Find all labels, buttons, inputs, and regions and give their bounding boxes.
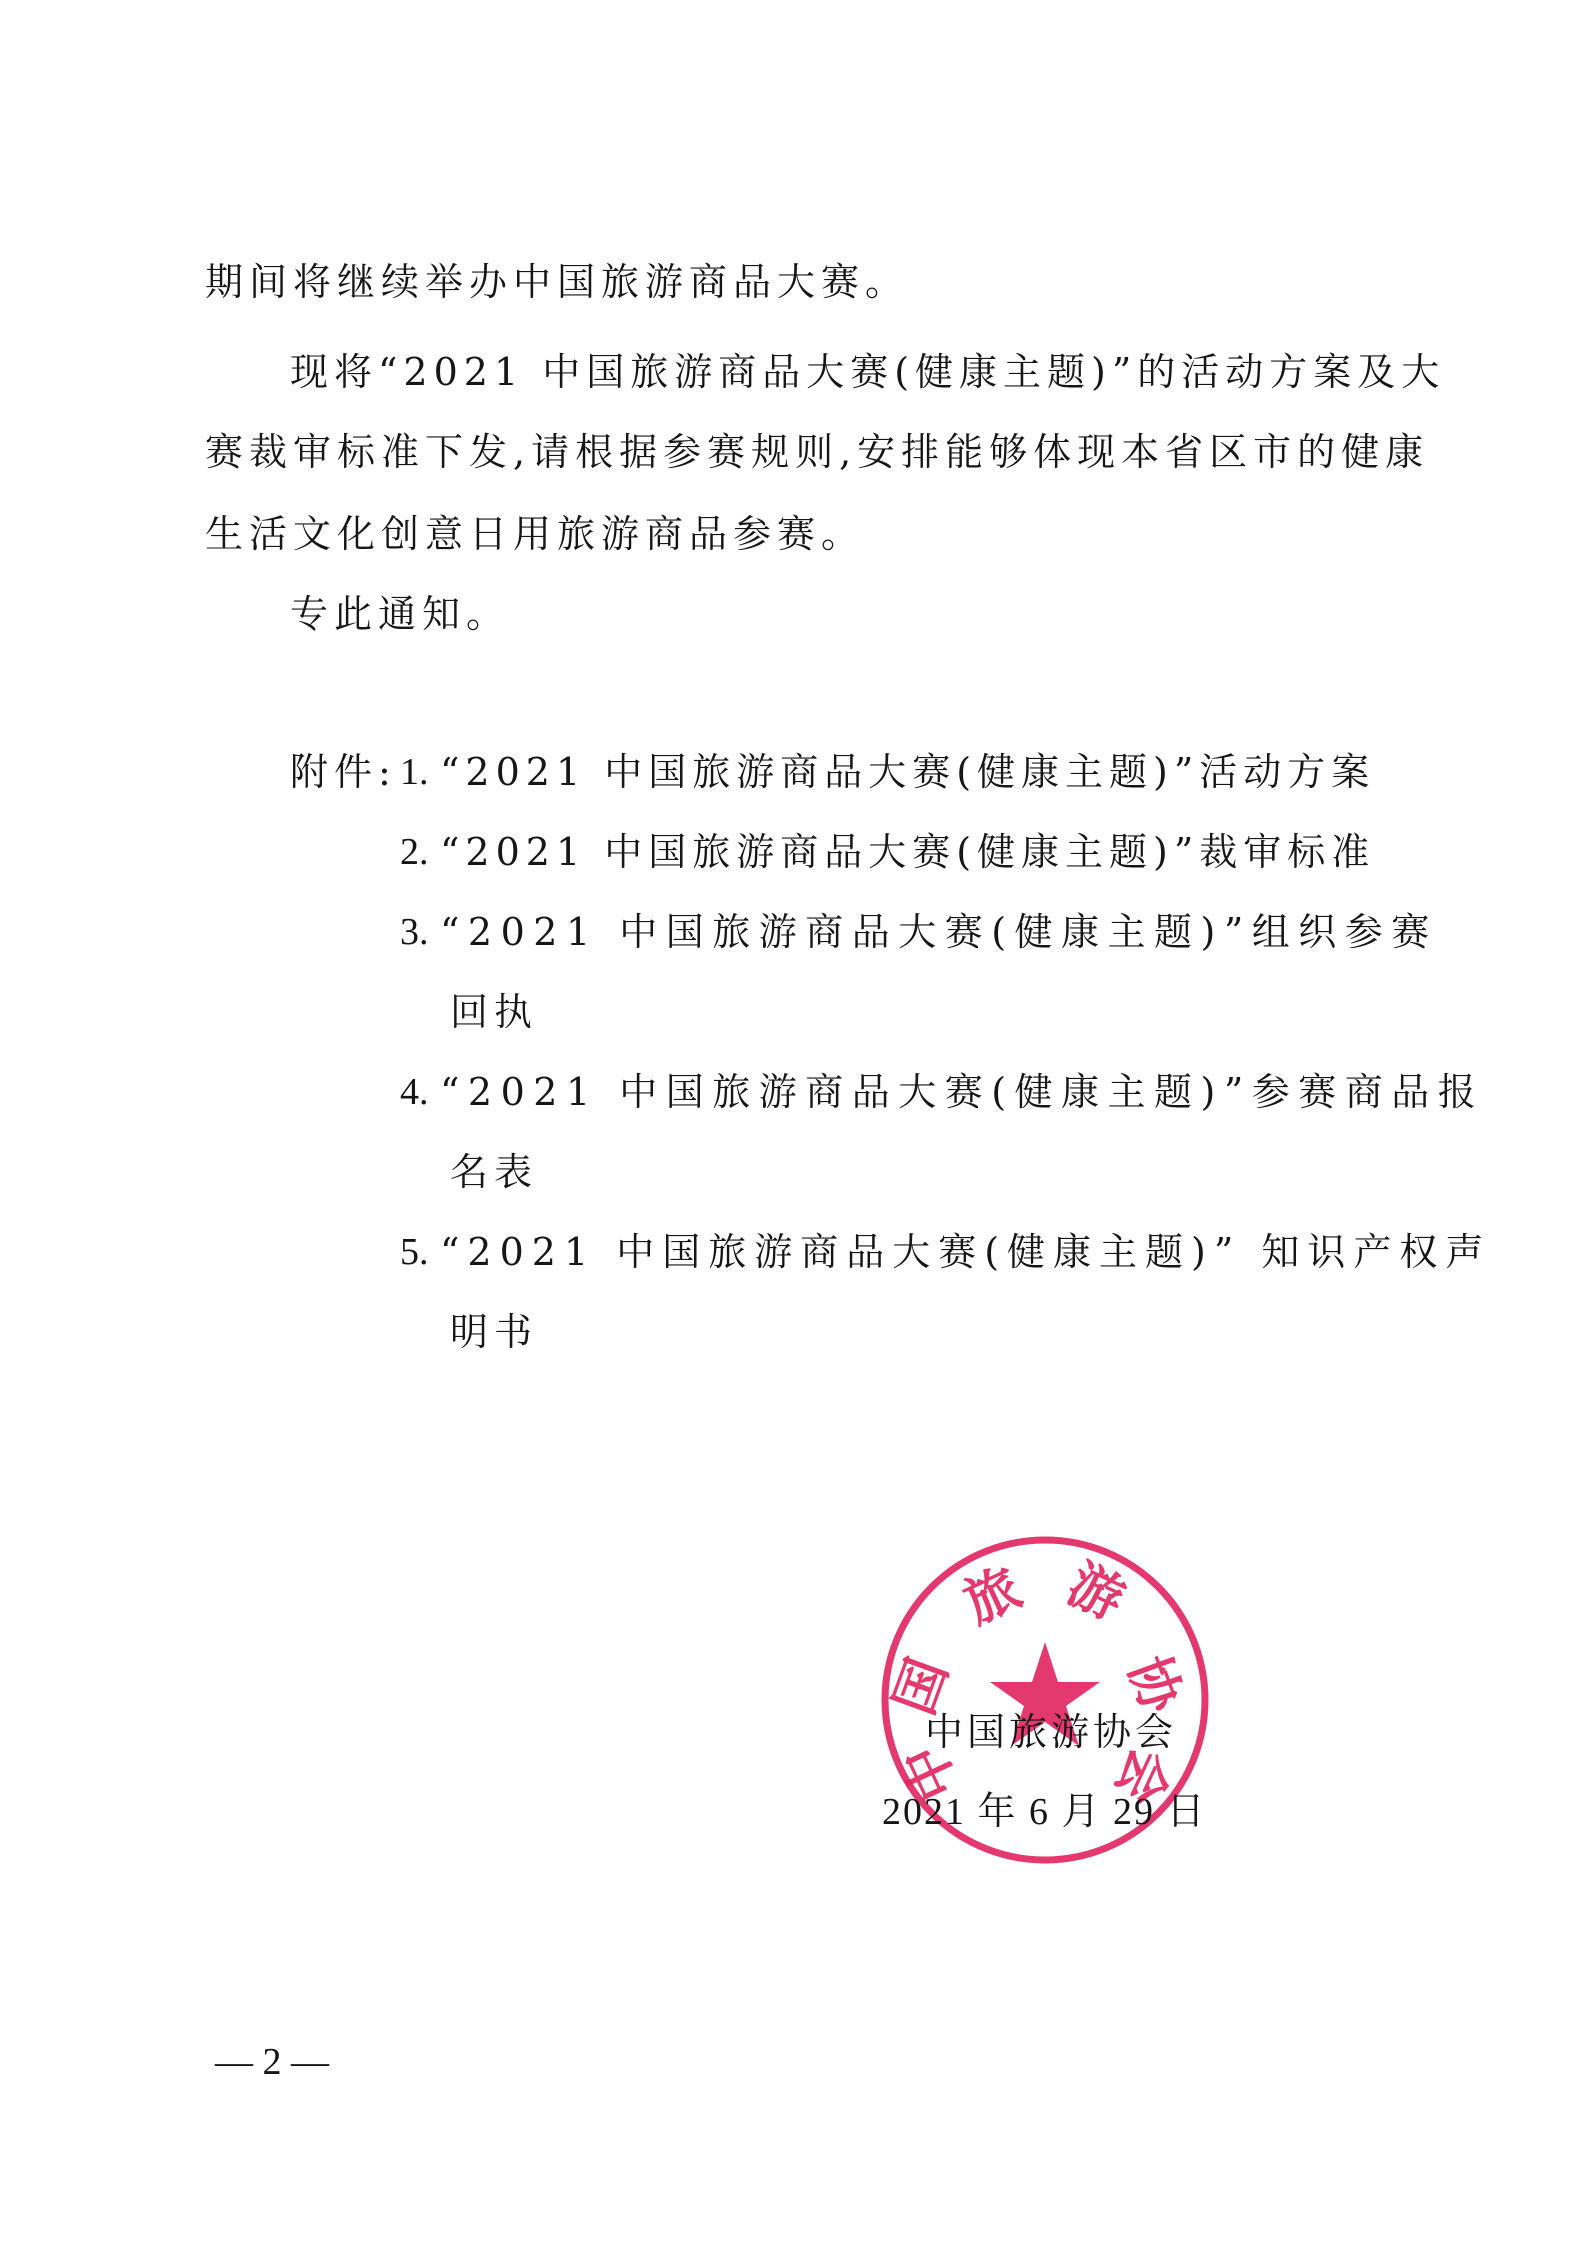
attachments-label: 附件: [290, 748, 397, 796]
paragraph-line: 赛裁审标准下发,请根据参赛规则,安排能够体现本省区市的健康 [205, 428, 1429, 476]
attachment-title: “2021 中国旅游商品大赛(健康主题)”参赛商品报 [440, 1068, 1484, 1116]
attachment-number: 2. [400, 828, 429, 876]
attachment-title: “2021 中国旅游商品大赛(健康主题)”活动方案 [440, 748, 1375, 796]
paragraph-line: 现将“2021 中国旅游商品大赛(健康主题)”的活动方案及大 [290, 348, 1445, 396]
paragraph-line: 生活文化创意日用旅游商品参赛。 [205, 510, 865, 558]
attachment-number: 3. [400, 908, 429, 956]
paragraph-continuation: 期间将继续举办中国旅游商品大赛。 [205, 258, 909, 306]
attachment-title: “2021 中国旅游商品大赛(健康主题)” 知识产权声 [440, 1228, 1491, 1276]
page-number: — 2 — [215, 2038, 329, 2086]
attachment-number: 5. [400, 1228, 429, 1276]
closing-phrase: 专此通知。 [290, 590, 510, 638]
attachment-number: 1. [400, 748, 429, 796]
attachment-title-continued: 名表 [450, 1148, 538, 1196]
attachment-title: “2021 中国旅游商品大赛(健康主题)”裁审标准 [440, 828, 1375, 876]
issuing-organization: 中国旅游协会 [925, 1708, 1177, 1756]
svg-text:旅: 旅 [954, 1555, 1030, 1636]
attachment-number: 4. [400, 1068, 429, 1116]
attachment-title: “2021 中国旅游商品大赛(健康主题)”组织参赛 [440, 908, 1438, 956]
attachment-title-continued: 明书 [450, 1308, 538, 1356]
attachment-title-continued: 回执 [450, 988, 538, 1036]
issue-date: 2021 年 6 月 29 日 [882, 1788, 1207, 1836]
